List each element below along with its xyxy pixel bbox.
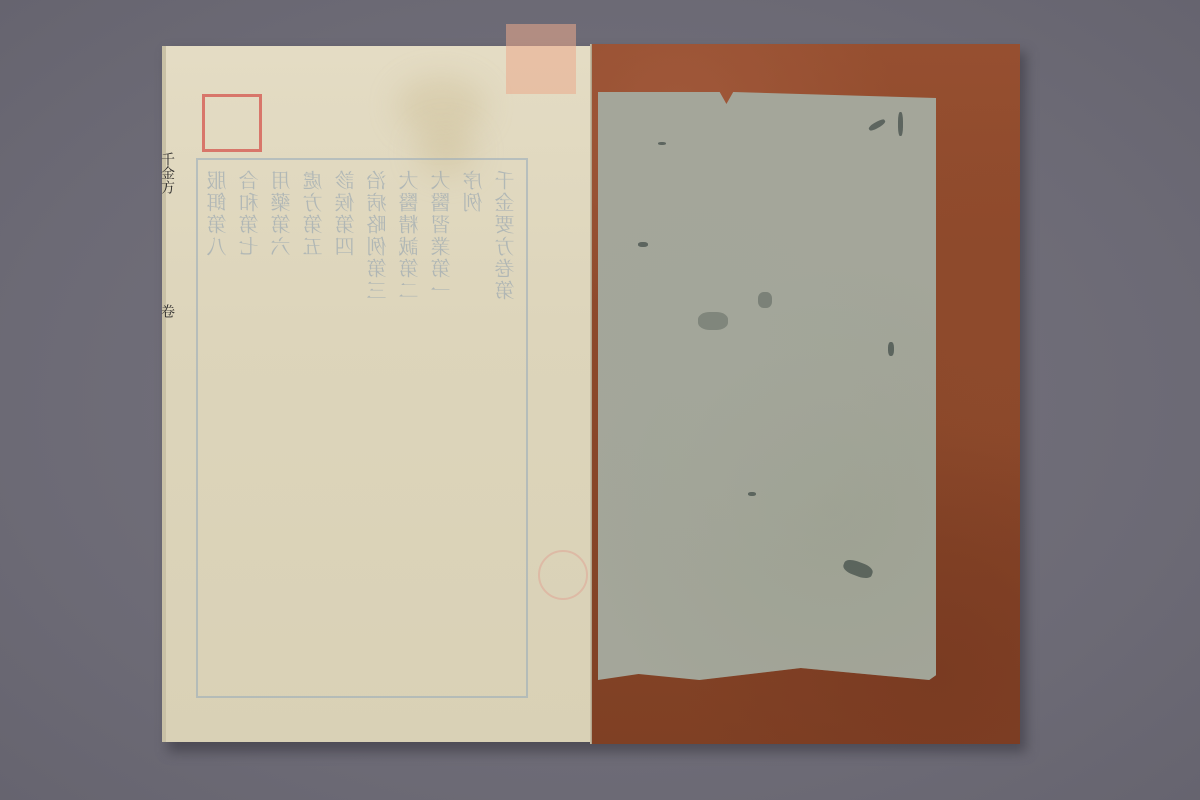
ghost-text-column: 診候第四 bbox=[334, 170, 356, 258]
spine-volume: 卷 bbox=[162, 304, 176, 318]
faint-seal-stamp bbox=[506, 24, 576, 94]
paper-fleck bbox=[748, 492, 756, 496]
ghost-text-column: 大醫習業第一 bbox=[430, 170, 452, 302]
spine-title: 千金方 bbox=[162, 152, 176, 194]
ghost-text-column: 大醫精誠第二 bbox=[398, 170, 420, 302]
paper-fleck bbox=[868, 118, 887, 132]
paper-fleck bbox=[698, 312, 728, 330]
open-book: 千金方 卷 千金要方卷第 序例 大醫習業第一 大醫精誠第二 治病略例第三 診候第… bbox=[162, 44, 1020, 744]
ghost-text-column: 合和第七 bbox=[238, 170, 260, 258]
bleed-through-text-frame: 千金要方卷第 序例 大醫習業第一 大醫精誠第二 治病略例第三 診候第四 處方第五… bbox=[196, 158, 528, 698]
ghost-text-column: 序例 bbox=[462, 170, 484, 214]
ghost-text-column: 用藥第六 bbox=[270, 170, 292, 258]
inside-back-cover bbox=[592, 44, 1020, 744]
paper-fleck bbox=[842, 557, 875, 580]
paper-fleck bbox=[638, 242, 648, 247]
ghost-text-column: 治病略例第三 bbox=[366, 170, 388, 302]
paper-fleck bbox=[758, 292, 772, 308]
paper-fleck bbox=[658, 142, 666, 145]
round-seal-stamp bbox=[538, 550, 588, 600]
ghost-text-column: 處方第五 bbox=[302, 170, 324, 258]
ghost-text-column: 服餌第八 bbox=[206, 170, 228, 258]
paper-fleck bbox=[898, 112, 903, 136]
red-seal-stamp bbox=[202, 94, 262, 152]
left-text-page: 千金方 卷 千金要方卷第 序例 大醫習業第一 大醫精誠第二 治病略例第三 診候第… bbox=[162, 46, 594, 742]
gray-endpaper bbox=[598, 92, 936, 692]
paper-fleck bbox=[888, 342, 894, 356]
ghost-text-column: 千金要方卷第 bbox=[494, 170, 516, 302]
